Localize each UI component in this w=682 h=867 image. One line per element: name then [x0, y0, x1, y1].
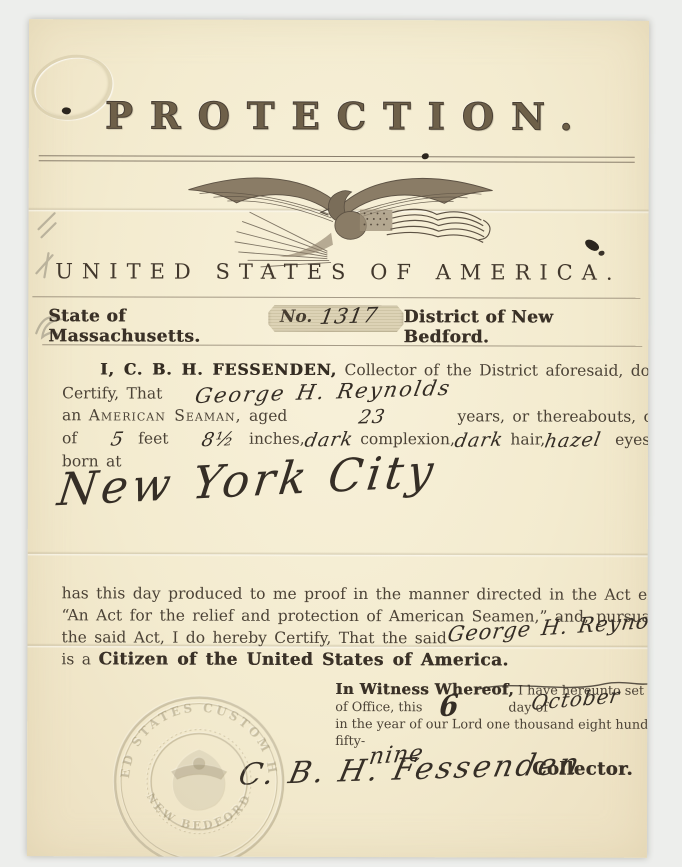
rule-divider [32, 296, 640, 299]
fold-crease [28, 551, 648, 558]
state-number-district-row: State of Massachusetts. No. 1317 Distric… [48, 306, 628, 348]
american-seaman-label: American Seaman, [89, 406, 242, 424]
act-line-1: has this day produced to me proof in the… [62, 582, 644, 606]
certificate-line-3: an American Seaman, aged23years, or ther… [62, 404, 644, 429]
inches-handwritten: 8½ [200, 428, 237, 451]
pen-flourish [475, 677, 649, 697]
document-title: PROTECTION. [29, 93, 649, 139]
witness-block: In Witness Whereof, I have hereunto set … [335, 681, 647, 751]
age-handwritten: 23 [357, 406, 387, 429]
collector-title: Collector. [532, 759, 633, 780]
certificate-paper: PROTECTION. [27, 19, 649, 858]
hair-handwritten: dark [453, 429, 505, 453]
collector-name-printed: I, C. B. H. FESSENDEN, [100, 359, 337, 379]
seaman-name-handwritten: George H. Reynolds [193, 377, 453, 407]
number-label: No. [280, 307, 313, 327]
act-line-4: is a Citizen of the United States of Ame… [61, 648, 643, 672]
embossed-custom-house-seal: UNITED STATES CUSTOM HOUSE NEW BEDFORD [111, 693, 287, 857]
state-label: State of Massachusetts. [48, 306, 268, 347]
certificate-line-2: Certify, ThatGeorge H. Reynolds [62, 380, 644, 406]
ink-blot [598, 251, 604, 256]
nation-heading: UNITED STATES OF AMERICA. [28, 259, 648, 285]
eagle-flag-engraving [162, 166, 514, 269]
act-clause: has this day produced to me proof in the… [61, 582, 643, 672]
ink-blot [583, 237, 600, 253]
scanner-background: PROTECTION. [0, 0, 682, 867]
certificate-number-box: No. 1317 [268, 305, 404, 332]
witness-line-3: in the year of our Lord one thousand eig… [335, 716, 647, 734]
citizen-phrase: Citizen of the United States of America. [98, 649, 508, 670]
feet-handwritten: 5 [109, 428, 126, 450]
double-rule-divider [39, 155, 635, 163]
eyes-handwritten: hazel [543, 429, 603, 453]
day-handwritten: 6 [439, 696, 460, 716]
seal-eagle-relief [171, 750, 227, 811]
district-label: District of New Bedford. [404, 307, 629, 348]
certificate-number-handwritten: 1317 [318, 303, 380, 329]
